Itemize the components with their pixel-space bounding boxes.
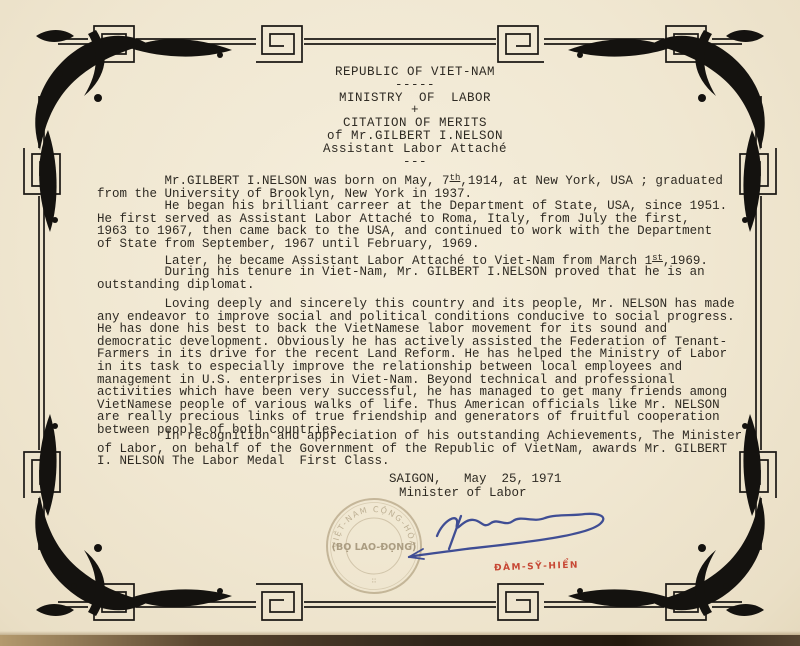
paragraph: He began his brilliant carreer at the De…	[97, 200, 757, 250]
stamp-bottom-marks: ∷	[372, 577, 377, 586]
paragraph-line: outstanding diplomat.	[97, 279, 757, 292]
scan-edge-shadow	[0, 635, 800, 646]
paragraph: Loving deeply and sincerely this country…	[97, 298, 757, 437]
dateline-place-date: SAIGON, May 25, 1971	[389, 472, 562, 486]
paragraph-line: Mr.GILBERT I.NELSON was born on May, 7th…	[97, 172, 757, 188]
ministry-stamp: VIỆT-NAM CỘNG-HÒA (BỘ LAO-ĐỘNG) ∷	[327, 499, 421, 593]
paragraph-line: I. NELSON The Labor Medal First Class.	[97, 455, 757, 468]
header-line: ---	[95, 156, 735, 169]
paragraph-line: of State from September, 1967 until Febr…	[97, 238, 757, 251]
paragraph-line: During his tenure in Viet-Nam, Mr. GILBE…	[97, 266, 757, 279]
paragraph-line: 1963 to 1967, then came back to the USA,…	[97, 225, 757, 238]
paragraph-line: Loving deeply and sincerely this country…	[97, 298, 757, 311]
paragraph-line: He has done his best to back the VietNam…	[97, 323, 757, 336]
header-line: of Mr.GILBERT I.NELSON	[95, 130, 735, 143]
stamp-center-text: (BỘ LAO-ĐỘNG)	[332, 542, 417, 553]
header-line: Assistant Labor Attaché	[95, 143, 735, 156]
document-header: REPUBLIC OF VIET-NAM-----MINISTRY OF LAB…	[95, 66, 735, 168]
header-line: REPUBLIC OF VIET-NAM	[95, 66, 735, 79]
paragraph: During his tenure in Viet-Nam, Mr. GILBE…	[97, 266, 757, 291]
paragraph-line: He began his brilliant carreer at the De…	[97, 200, 757, 213]
signature-ink	[409, 514, 603, 559]
paragraph-line: activities which have been very successf…	[97, 386, 757, 399]
dateline-signer-title: Minister of Labor	[399, 486, 527, 500]
paragraph-line: in its task to especially improve the re…	[97, 361, 757, 374]
paragraph-line: In recognition and appreciation of his o…	[97, 430, 757, 443]
paragraph: In recognition and appreciation of his o…	[97, 430, 757, 468]
certificate-scan: VIỆT-NAM CỘNG-HÒA (BỘ LAO-ĐỘNG) ∷ REPUBL…	[0, 0, 800, 646]
paragraph: Mr.GILBERT I.NELSON was born on May, 7th…	[97, 172, 757, 200]
header-line: -----	[95, 79, 735, 92]
